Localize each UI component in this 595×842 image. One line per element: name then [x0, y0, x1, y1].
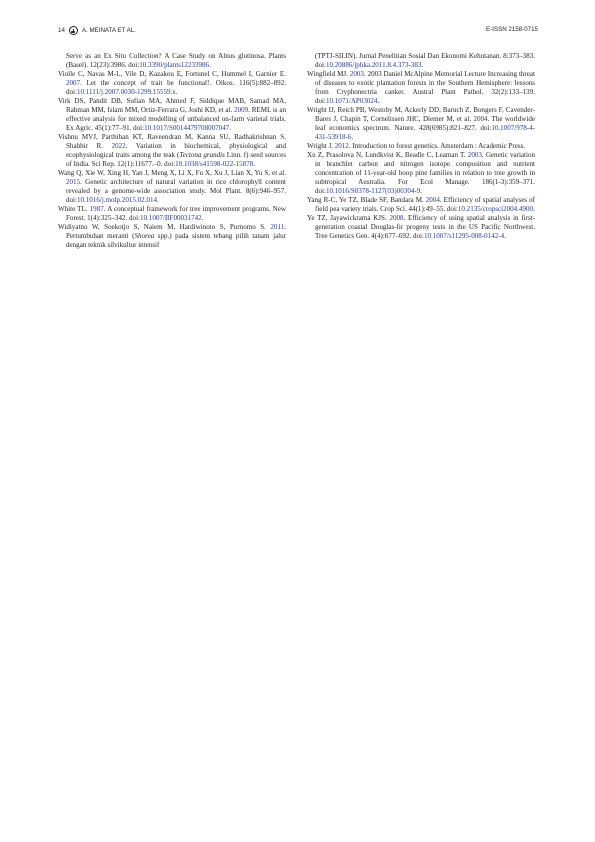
reference-year-link[interactable]: 2012	[335, 142, 349, 150]
doi-link[interactable]: 10.1017/S0014479708007047	[144, 124, 229, 132]
reference-text: .	[202, 214, 204, 222]
reference-year-link[interactable]: 2011	[270, 223, 284, 231]
reference-entry: Wang Q, Xie W, Xing H, Yan J, Meng X, Li…	[58, 169, 286, 205]
reference-entry: Virk DS, Pandit DB, Sufian MA, Ahmed F, …	[58, 97, 286, 133]
page-header: 14 A. MEINATA ET AL. E-ISSN 2158-0715	[58, 26, 538, 36]
reference-entry: Wright IJ, Reich PB, Westoby M, Ackerly …	[307, 106, 535, 142]
reference-continuation: Serve as an Ex Situ Collection? A Case S…	[58, 52, 286, 70]
header-left: 14 A. MEINATA ET AL.	[58, 26, 136, 35]
references-right-column: (TPTJ-SILIN). Jurnal Penelitian Sosial D…	[307, 52, 535, 241]
reference-text: .	[157, 196, 159, 204]
doi-link[interactable]: 10.1016/S0378-1127(03)00304-9	[326, 187, 420, 195]
doi-link[interactable]: 10.20886/jphka.2011.8.4.373-383	[326, 61, 421, 69]
reference-authors: Violle C, Navas M-L, Vile D, Kazakou E, …	[58, 70, 286, 78]
reference-year-link[interactable]: 2008	[389, 214, 403, 222]
reference-entry: Xu Z, Prasolova N, Lundkvist K, Beadle C…	[307, 151, 535, 196]
reference-entry: Ye TZ, Jayawickrama KJS. 2008. Efficienc…	[307, 214, 535, 241]
page-number: 14	[58, 27, 65, 34]
reference-entry: Wright J. 2012. Introduction to forest g…	[307, 142, 535, 151]
reference-authors: Ye TZ, Jayawickrama KJS.	[307, 214, 389, 222]
reference-text: .	[229, 124, 231, 132]
reference-entry: Vishnu MVJ, Parthiban KT, Raveendran M, …	[58, 133, 286, 169]
reference-entry: Widiyatno W, Soekotjo S, Naiem M, Hardiw…	[58, 223, 286, 250]
reference-text: . Introduction to forest genetics. Amste…	[349, 142, 525, 150]
reference-authors: Yang R-C, Ye TZ, Blade SF, Bandara M.	[307, 196, 426, 204]
reference-entry: Yang R-C, Ye TZ, Blade SF, Bandara M. 20…	[307, 196, 535, 214]
reference-text: .	[504, 232, 506, 240]
reference-species-name: Tectona grandis	[179, 151, 225, 159]
reference-text: .	[209, 61, 211, 69]
doi-link[interactable]: 10.3390/plants12233986	[139, 61, 209, 69]
doi-link[interactable]: 10.1071/AP03024	[326, 97, 378, 105]
reference-year-link[interactable]: 2015	[66, 178, 80, 186]
reference-continuation: (TPTJ-SILIN). Jurnal Penelitian Sosial D…	[307, 52, 535, 70]
reference-entry: Violle C, Navas M-L, Vile D, Kazakou E, …	[58, 70, 286, 97]
running-title: A. MEINATA ET AL.	[82, 27, 136, 34]
publisher-logo-icon	[69, 26, 78, 35]
reference-entry: Wingfield MJ. 2003. 2003 Daniel McAlpine…	[307, 70, 535, 106]
reference-year-link[interactable]: 2009	[234, 106, 248, 114]
references-left-column: Serve as an Ex Situ Collection? A Case S…	[58, 52, 286, 250]
reference-year-link[interactable]: 2003	[468, 151, 482, 159]
reference-year-link[interactable]: 2007	[66, 79, 80, 87]
reference-authors: White TL.	[58, 205, 90, 213]
doi-link[interactable]: 10.1111/j.2007.0030-1299.15559.x	[77, 88, 176, 96]
doi-link[interactable]: 10.2135/cropsci2004.4900	[458, 205, 533, 213]
reference-text: .	[421, 61, 423, 69]
issn: E-ISSN 2158-0715	[486, 26, 538, 33]
reference-authors: Xu Z, Prasolova N, Lundkvist K, Beadle C…	[307, 151, 468, 159]
reference-text: .	[351, 133, 353, 141]
doi-link[interactable]: 10.1016/j.molp.2015.02.014	[77, 196, 157, 204]
reference-year-link[interactable]: 2004	[426, 196, 440, 204]
reference-year-link[interactable]: 2022	[112, 142, 126, 150]
reference-text: .	[377, 97, 379, 105]
reference-authors: Wright J.	[307, 142, 335, 150]
doi-link[interactable]: 10.1007/s11295-008-0142-4	[424, 232, 504, 240]
doi-link[interactable]: 10.1007/BF00031742	[140, 214, 202, 222]
reference-text: .	[420, 187, 422, 195]
reference-text: .	[533, 205, 535, 213]
reference-year-link[interactable]: 2003	[350, 70, 364, 78]
reference-entry: White TL. 1987. A conceptual framework f…	[58, 205, 286, 223]
doi-link[interactable]: 10.1038/s41598-022-15878	[175, 160, 253, 168]
reference-year-link[interactable]: 1987	[90, 205, 104, 213]
reference-text: .	[253, 160, 255, 168]
reference-species-name: Shorea	[135, 232, 155, 240]
reference-authors: Wingfield MJ.	[307, 70, 350, 78]
reference-year-link[interactable]: 2004	[473, 115, 487, 123]
reference-authors: Wang Q, Xie W, Xing H, Yan J, Meng X, Li…	[58, 169, 286, 177]
reference-authors: Widiyatno W, Soekotjo S, Naiem M, Hardiw…	[58, 223, 270, 231]
reference-text: .	[176, 88, 178, 96]
